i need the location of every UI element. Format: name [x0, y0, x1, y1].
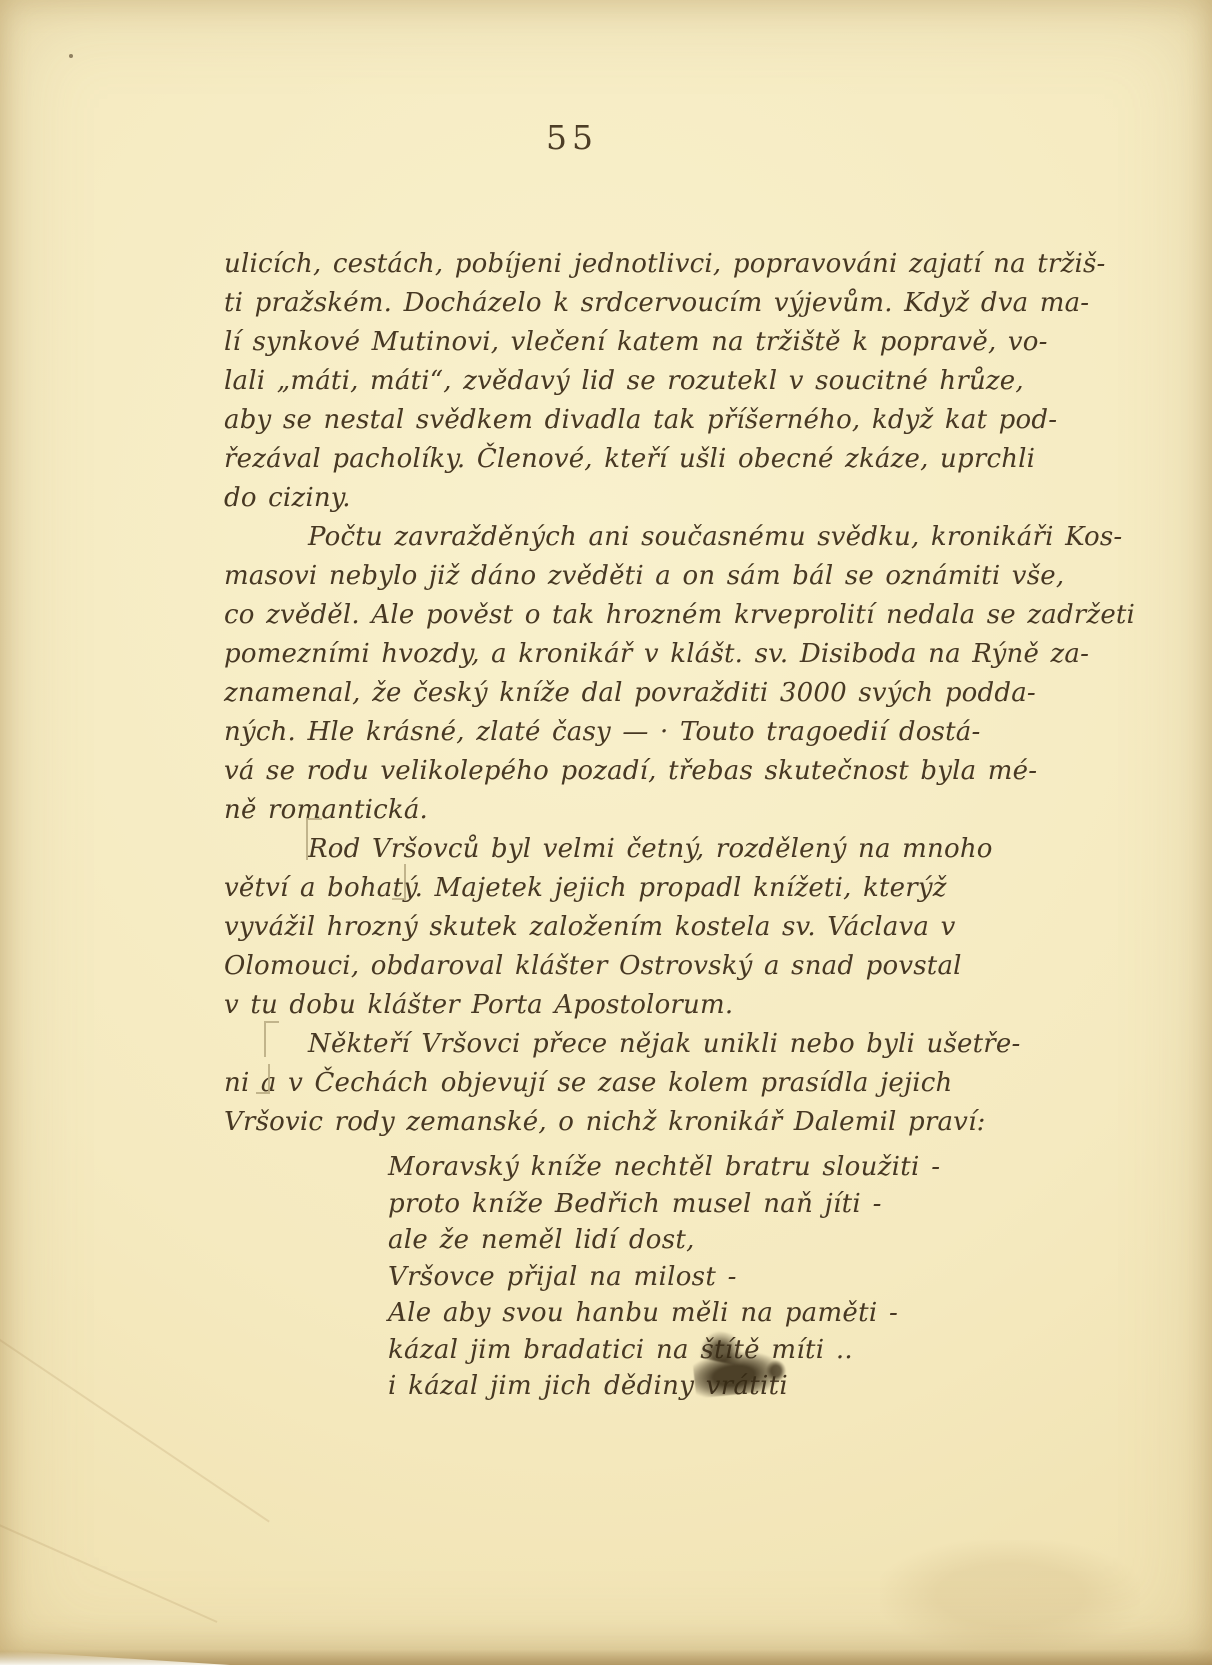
manuscript-line: pomezními hvozdy, a kronikář v klášt. sv…	[224, 635, 1084, 674]
manuscript-line: co zvěděl. Ale pověst o tak hrozném krve…	[224, 596, 1084, 635]
manuscript-line: vyvážil hrozný skutek založením kostela …	[224, 908, 1084, 947]
manuscript-line: ulicích, cestách, pobíjeni jednotlivci, …	[224, 245, 1084, 284]
verse-line: Ale aby svou hanbu měli na paměti -	[388, 1295, 940, 1332]
page-number: 55	[527, 118, 617, 157]
pencil-bracket-open	[264, 1021, 279, 1057]
manuscript-line: lali „máti, máti“, zvědavý lid se rozute…	[224, 362, 1084, 401]
paper-stain	[880, 1540, 1140, 1650]
pencil-bracket-close	[256, 1064, 270, 1094]
manuscript-line: ných. Hle krásné, zlaté časy — · Touto t…	[224, 713, 1084, 752]
manuscript-line: Rod Vršovců byl velmi četný, rozdělený n…	[224, 830, 1084, 869]
manuscript-page: 55 ulicích, cestách, pobíjeni jednotlivc…	[0, 0, 1212, 1665]
verse-line: Vršovce přijal na milost -	[388, 1259, 940, 1296]
manuscript-line: Olomouci, obdaroval klášter Ostrovský a …	[224, 947, 1084, 986]
manuscript-line: masovi nebylo již dáno zvěděti a on sám …	[224, 557, 1084, 596]
verse-quote: Moravský kníže nechtěl bratru sloužiti -…	[388, 1149, 940, 1405]
manuscript-line: znamenal, že český kníže dal povražditi …	[224, 674, 1084, 713]
paper-speck	[69, 54, 73, 58]
manuscript-line: Někteří Vršovci přece nějak unikli nebo …	[224, 1025, 1084, 1064]
paper-crease	[0, 1320, 270, 1523]
body-text: ulicích, cestách, pobíjeni jednotlivci, …	[224, 245, 1084, 1142]
manuscript-line: vá se rodu velikolepého pozadí, třebas s…	[224, 752, 1084, 791]
manuscript-line: ti pražském. Docházelo k srdcervoucím vý…	[224, 284, 1084, 323]
manuscript-line: větví a bohatý. Majetek jejich propadl k…	[224, 869, 1084, 908]
pencil-bracket-open	[306, 818, 322, 860]
manuscript-line: aby se nestal svědkem divadla tak příšer…	[224, 401, 1084, 440]
manuscript-line: ni a v Čechách objevují se zase kolem pr…	[224, 1064, 1084, 1103]
pencil-bracket-close	[392, 864, 406, 900]
manuscript-line: ně romantická.	[224, 791, 1084, 830]
verse-line: proto kníže Bedřich musel naň jíti -	[388, 1186, 940, 1223]
manuscript-line: v tu dobu klášter Porta Apostolorum.	[224, 986, 1084, 1025]
manuscript-line: lí synkové Mutinovi, vlečení katem na tr…	[224, 323, 1084, 362]
manuscript-line: řezával pacholíky. Členové, kteří ušli o…	[224, 440, 1084, 479]
manuscript-line: Vršovic rody zemanské, o nichž kronikář …	[224, 1103, 1084, 1142]
verse-line: kázal jim bradatici na štítě míti ..	[388, 1332, 940, 1369]
manuscript-line: Počtu zavražděných ani současnému svědku…	[224, 518, 1084, 557]
verse-line: Moravský kníže nechtěl bratru sloužiti -	[388, 1149, 940, 1186]
verse-line: ale že neměl lidí dost,	[388, 1222, 940, 1259]
paper-crease	[0, 1499, 217, 1623]
manuscript-line: do ciziny.	[224, 479, 1084, 518]
verse-line: i kázal jim jich dědiny vrátiti	[388, 1368, 940, 1405]
